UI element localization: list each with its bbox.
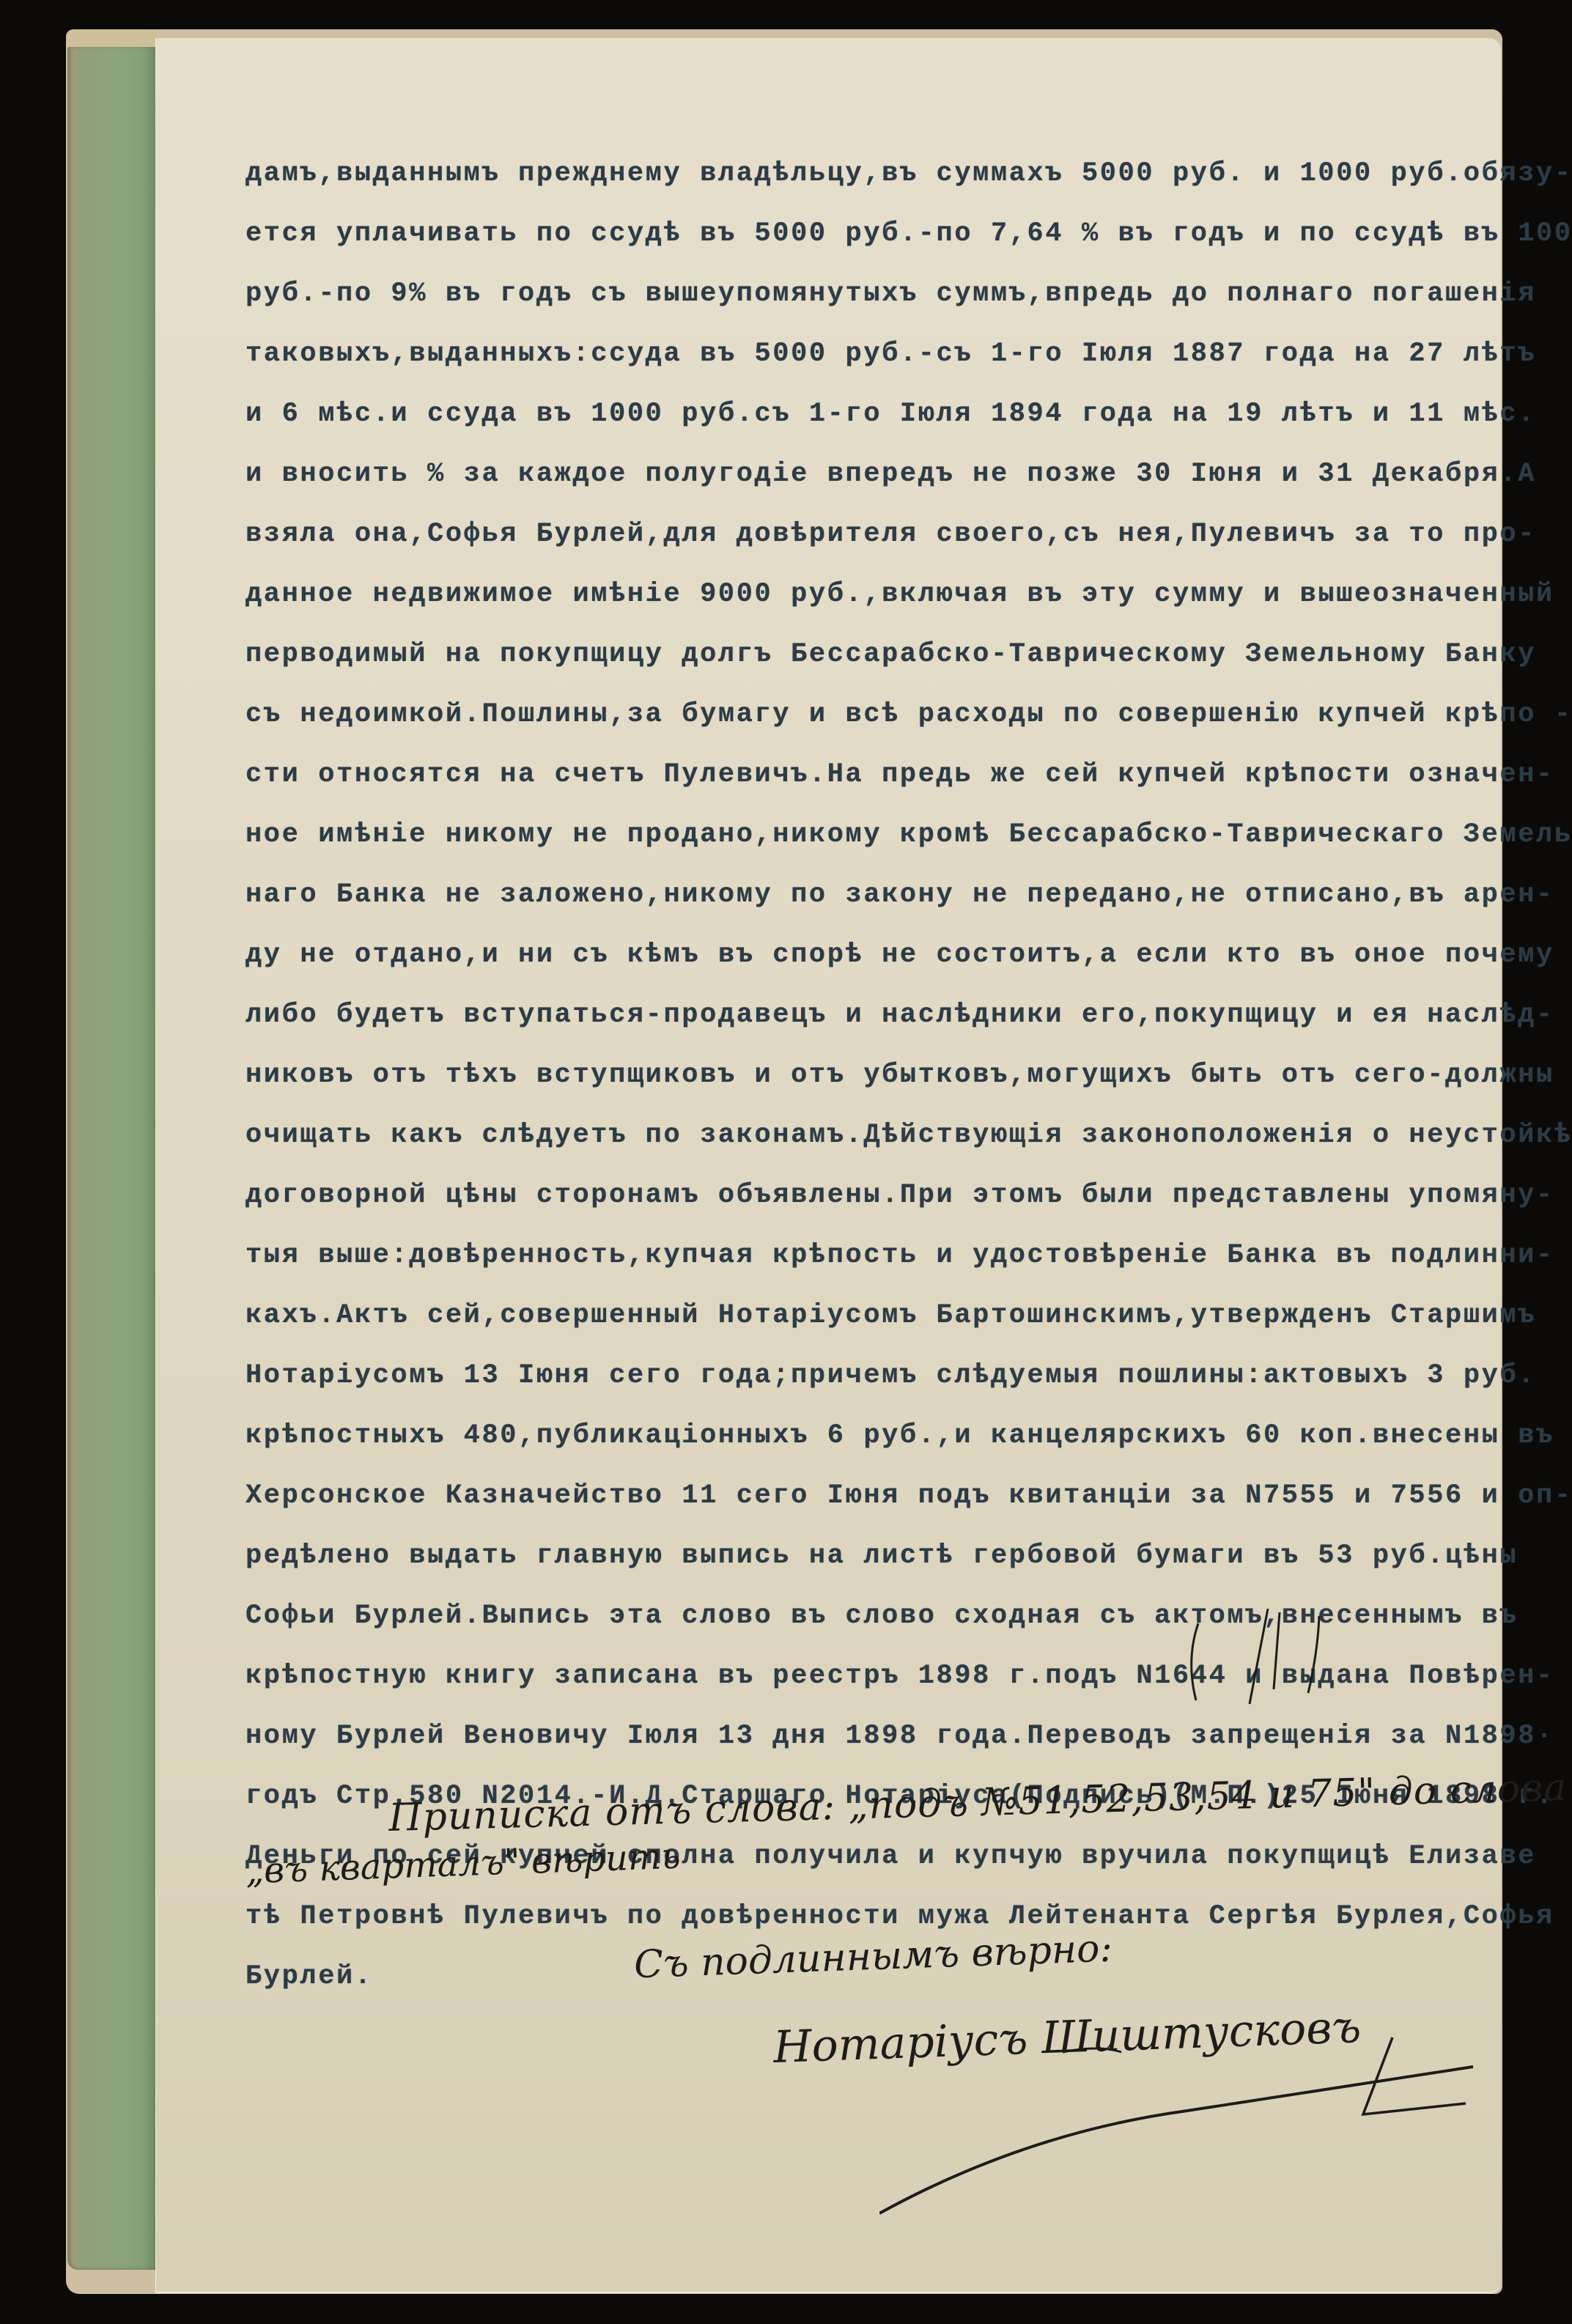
typed-line: ду не отдано,и ни съ кѣмъ въ спорѣ не со… xyxy=(246,925,1499,985)
typed-line: взяла она,Софья Бурлей,для довѣрителя св… xyxy=(246,504,1499,564)
typed-line: редѣлено выдать главную выпись на листѣ … xyxy=(246,1526,1499,1586)
typed-line: Херсонское Казначейство 11 сего Іюня под… xyxy=(246,1466,1499,1526)
typed-line: сти относятся на счетъ Пулевичъ.На предь… xyxy=(246,745,1499,805)
binding-top-fold xyxy=(67,29,155,47)
typed-line: очищать какъ слѣдуетъ по законамъ.Дѣйств… xyxy=(246,1105,1499,1165)
typed-line: данное недвижимое имѣніе 9000 руб.,включ… xyxy=(246,564,1499,624)
typed-line: крѣпостныхъ 480,публикаціонныхъ 6 руб.,и… xyxy=(246,1406,1499,1466)
typed-line: ное имѣніе никому не продано,никому кром… xyxy=(246,805,1499,865)
green-binding-strip xyxy=(67,45,155,2270)
typed-line: ному Бурлей Веновичу Іюля 13 дня 1898 го… xyxy=(246,1706,1499,1766)
typed-line: Нотаріусомъ 13 Іюня сего года;причемъ сл… xyxy=(246,1346,1499,1406)
typed-line: дамъ,выданнымъ прежднему владѣльцу,въ су… xyxy=(246,144,1499,204)
typed-line: наго Банка не заложено,никому по закону … xyxy=(246,865,1499,925)
handwritten-bracket-marks xyxy=(1099,1609,1334,1711)
typed-line: договорной цѣны сторонамъ объявлены.При … xyxy=(246,1165,1499,1225)
typed-line: руб.-по 9% въ годъ съ вышеупомянутыхъ су… xyxy=(246,264,1499,324)
typed-line: кахъ.Актъ сей,совершенный Нотаріусомъ Ба… xyxy=(246,1285,1499,1346)
typed-line: и вносить % за каждое полугодіе впередъ … xyxy=(246,444,1499,504)
typewritten-body: дамъ,выданнымъ прежднему владѣльцу,въ су… xyxy=(246,144,1499,2007)
typed-line: съ недоимкой.Пошлины,за бумагу и всѣ рас… xyxy=(246,685,1499,745)
signature-flourish-icon xyxy=(879,2030,1495,2221)
typed-line: либо будетъ вступаться-продавецъ и наслѣ… xyxy=(246,985,1499,1045)
typed-line: перводимый на покупщицу долгъ Бессарабск… xyxy=(246,624,1499,685)
typed-line: таковыхъ,выданныхъ:ссуда въ 5000 руб.-съ… xyxy=(246,324,1499,384)
typed-line: никовъ отъ тѣхъ вступщиковъ и отъ убытко… xyxy=(246,1045,1499,1105)
typed-line: и 6 мѣс.и ссуда въ 1000 руб.съ 1-го Іюля… xyxy=(246,384,1499,444)
typed-line: ется уплачивать по ссудѣ въ 5000 руб.-по… xyxy=(246,204,1499,264)
typed-line: тыя выше:довѣренность,купчая крѣпость и … xyxy=(246,1225,1499,1285)
